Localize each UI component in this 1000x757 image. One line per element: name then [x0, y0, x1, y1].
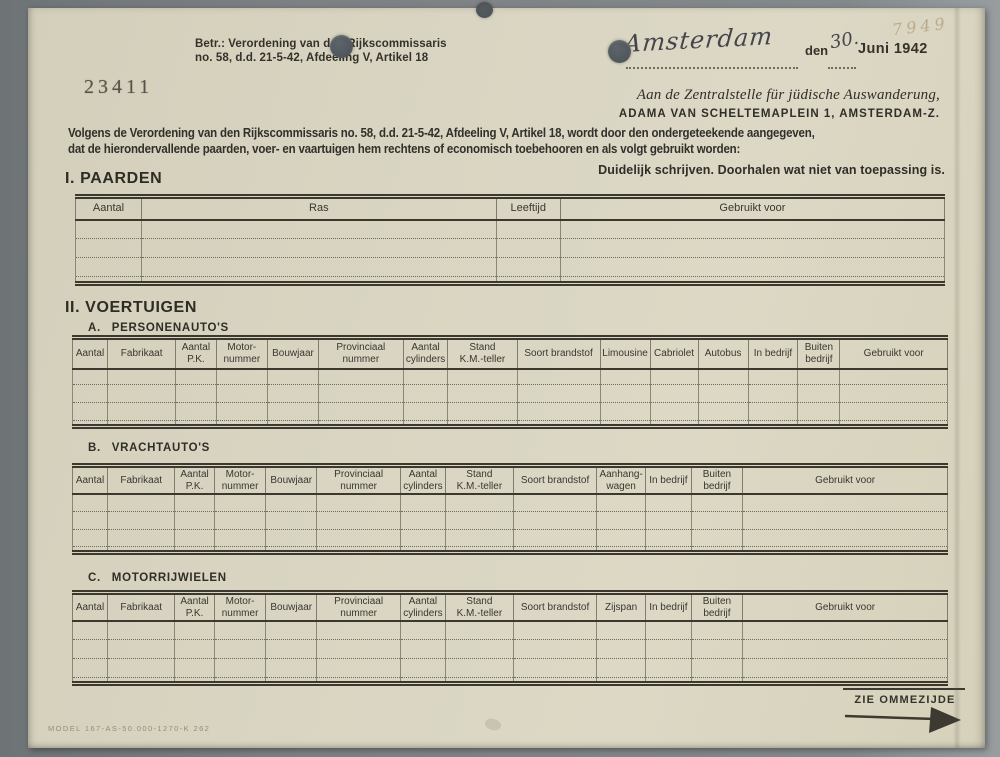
paper-crease — [953, 8, 961, 748]
table-row — [73, 421, 948, 427]
blank-cell — [266, 511, 317, 529]
blank-cell — [448, 403, 517, 421]
blank-cell — [317, 511, 401, 529]
blank-cell — [76, 220, 142, 239]
column-header: Aantal P.K. — [176, 338, 216, 369]
blank-cell — [108, 369, 176, 385]
blank-cell — [743, 621, 948, 639]
blank-cell — [108, 677, 175, 683]
declaration-line-2: dat de hierondervallende paarden, voer- … — [68, 142, 815, 158]
blank-cell — [448, 385, 517, 403]
column-header: Provinciaal nummer — [318, 338, 403, 369]
blank-cell — [646, 494, 692, 511]
blank-cell — [646, 546, 692, 552]
vrachtautos-table: AantalFabrikaatAantal P.K.Motor- nummerB… — [72, 463, 948, 555]
blank-cell — [317, 546, 401, 552]
blank-cell — [517, 403, 600, 421]
column-header: Soort brandstof — [514, 593, 597, 622]
fill-instruction: Duidelijk schrijven. Doorhalen wat niet … — [598, 163, 945, 177]
column-header: Buiten bedrijf — [798, 338, 840, 369]
registration-stamp: 23411 — [84, 76, 153, 99]
blank-cell — [142, 220, 497, 239]
table-row — [73, 658, 948, 677]
subject-line-1: Betr.: Verordening van den Rijkscommissa… — [195, 37, 447, 51]
column-header: Bouwjaar — [266, 593, 317, 622]
blank-cell — [560, 239, 944, 258]
table-row — [76, 258, 945, 277]
blank-cell — [691, 546, 743, 552]
blank-cell — [108, 529, 175, 546]
blank-cell — [840, 385, 948, 403]
blank-cell — [108, 621, 175, 639]
column-header: In bedrijf — [646, 466, 692, 495]
blank-cell — [403, 421, 448, 427]
blank-cell — [748, 385, 798, 403]
addressee-line-2: ADAMA VAN SCHELTEMAPLEIN 1, AMSTERDAM-Z. — [619, 108, 940, 120]
blank-cell — [318, 403, 403, 421]
blank-cell — [176, 403, 216, 421]
blank-cell — [600, 403, 650, 421]
blank-cell — [317, 677, 401, 683]
blank-cell — [73, 385, 108, 403]
blank-cell — [108, 658, 175, 677]
column-header: Soort brandstof — [517, 338, 600, 369]
blank-cell — [597, 494, 646, 511]
blank-cell — [268, 403, 319, 421]
table-row — [73, 385, 948, 403]
blank-cell — [108, 385, 176, 403]
blank-cell — [798, 403, 840, 421]
arrow-right-icon — [843, 706, 965, 734]
subject-reference: Betr.: Verordening van den Rijkscommissa… — [195, 37, 447, 65]
subject-line-2: no. 58, d.d. 21-5-42, Afdeeling V, Artik… — [195, 51, 447, 65]
column-header: Aantal — [73, 593, 108, 622]
blank-cell — [597, 529, 646, 546]
blank-cell — [318, 385, 403, 403]
column-header: Stand K.M.-teller — [448, 338, 517, 369]
declaration-text: Volgens de Verordening van den Rijkscomm… — [68, 126, 815, 157]
blank-cell — [214, 639, 266, 658]
motorrijwielen-table: AantalFabrikaatAantal P.K.Motor- nummerB… — [72, 590, 948, 686]
blank-cell — [216, 369, 268, 385]
blank-cell — [214, 546, 266, 552]
blank-cell — [448, 369, 517, 385]
see-reverse-label: ZIE OMMEZIJDE — [843, 694, 967, 706]
blank-cell — [76, 277, 142, 284]
blank-cell — [743, 639, 948, 658]
column-header: Aantal — [76, 197, 142, 220]
blank-cell — [445, 658, 513, 677]
label-personenautos: A. PERSONENAUTO'S — [88, 322, 229, 334]
form-model-code: MODEL 167-AS-50.000-1270-K 262 — [48, 724, 210, 733]
blank-cell — [317, 639, 401, 658]
dotted-line — [626, 67, 798, 69]
table-row — [76, 220, 945, 239]
blank-cell — [73, 546, 108, 552]
den-label: den — [805, 43, 828, 58]
blank-cell — [401, 658, 446, 677]
column-header: Leeftijd — [496, 197, 560, 220]
table-row — [73, 529, 948, 546]
column-header: Gebruikt voor — [560, 197, 944, 220]
blank-cell — [73, 639, 108, 658]
blank-cell — [743, 494, 948, 511]
column-header: Provinciaal nummer — [317, 466, 401, 495]
blank-cell — [798, 385, 840, 403]
blank-cell — [517, 385, 600, 403]
blank-cell — [517, 421, 600, 427]
blank-cell — [743, 546, 948, 552]
blank-cell — [514, 658, 597, 677]
blank-cell — [597, 658, 646, 677]
addressee-block: Aan de Zentralstelle für jüdische Auswan… — [619, 87, 940, 120]
table-row — [73, 494, 948, 511]
blank-cell — [76, 239, 142, 258]
table-row — [73, 639, 948, 658]
column-header: Fabrikaat — [108, 338, 176, 369]
blank-cell — [175, 658, 214, 677]
blank-cell — [798, 369, 840, 385]
table-row — [73, 511, 948, 529]
column-header: Stand K.M.-teller — [445, 593, 513, 622]
blank-cell — [108, 511, 175, 529]
blank-cell — [214, 677, 266, 683]
blank-cell — [496, 220, 560, 239]
blank-cell — [650, 421, 698, 427]
blank-cell — [108, 639, 175, 658]
blank-cell — [175, 621, 214, 639]
blank-cell — [514, 639, 597, 658]
blank-cell — [698, 385, 748, 403]
blank-cell — [600, 369, 650, 385]
blank-cell — [403, 403, 448, 421]
blank-cell — [214, 494, 266, 511]
blank-cell — [691, 639, 743, 658]
column-header: Aanhang- wagen — [597, 466, 646, 495]
blank-cell — [214, 658, 266, 677]
blank-cell — [216, 385, 268, 403]
table-row — [73, 546, 948, 552]
blank-cell — [73, 677, 108, 683]
day-handwritten: 30. — [828, 28, 860, 54]
blank-cell — [401, 639, 446, 658]
addressee-line-1: Aan de Zentralstelle für jüdische Auswan… — [619, 87, 940, 104]
blank-cell — [176, 421, 216, 427]
blank-cell — [445, 639, 513, 658]
column-header: Fabrikaat — [108, 466, 175, 495]
blank-cell — [214, 511, 266, 529]
blank-cell — [600, 421, 650, 427]
blank-cell — [73, 494, 108, 511]
blank-cell — [268, 385, 319, 403]
column-header: Gebruikt voor — [840, 338, 948, 369]
blank-cell — [496, 277, 560, 284]
blank-cell — [108, 494, 175, 511]
blank-cell — [597, 621, 646, 639]
blank-cell — [691, 677, 743, 683]
column-header: Bouwjaar — [268, 338, 319, 369]
blank-cell — [748, 421, 798, 427]
blank-cell — [268, 369, 319, 385]
blank-cell — [597, 677, 646, 683]
blank-cell — [175, 511, 214, 529]
blank-cell — [445, 511, 513, 529]
blank-cell — [840, 403, 948, 421]
blank-cell — [496, 258, 560, 277]
blank-cell — [266, 529, 317, 546]
blank-cell — [691, 658, 743, 677]
blank-cell — [650, 385, 698, 403]
column-header: Motor- nummer — [214, 593, 266, 622]
column-header: Limousine — [600, 338, 650, 369]
see-reverse-block: ZIE OMMEZIJDE — [843, 688, 967, 739]
blank-cell — [73, 403, 108, 421]
blank-cell — [597, 639, 646, 658]
label-vrachtautos: B. VRACHTAUTO'S — [88, 442, 210, 454]
blank-cell — [214, 621, 266, 639]
blank-cell — [76, 258, 142, 277]
blank-cell — [403, 385, 448, 403]
blank-cell — [743, 658, 948, 677]
declaration-line-1: Volgens de Verordening van den Rijkscomm… — [68, 126, 815, 142]
blank-cell — [108, 546, 175, 552]
column-header: Ras — [142, 197, 497, 220]
column-header: In bedrijf — [748, 338, 798, 369]
blank-cell — [646, 511, 692, 529]
table-row — [73, 677, 948, 683]
blank-cell — [175, 677, 214, 683]
blank-cell — [646, 639, 692, 658]
form-document: Betr.: Verordening van den Rijkscommissa… — [28, 8, 985, 748]
blank-cell — [748, 369, 798, 385]
blank-cell — [698, 403, 748, 421]
column-header: Bouwjaar — [266, 466, 317, 495]
blank-cell — [597, 511, 646, 529]
table-row — [73, 621, 948, 639]
blank-cell — [266, 658, 317, 677]
personenautos-table-wrap: AantalFabrikaatAantal P.K.Motor- nummerB… — [72, 335, 948, 429]
column-header: In bedrijf — [646, 593, 692, 622]
column-header: Provinciaal nummer — [317, 593, 401, 622]
scan-notch — [476, 2, 493, 18]
column-header: Aantal cylinders — [401, 593, 446, 622]
blank-cell — [175, 639, 214, 658]
column-header: Zijspan — [597, 593, 646, 622]
blank-cell — [142, 277, 497, 284]
blank-cell — [445, 494, 513, 511]
blank-cell — [514, 677, 597, 683]
blank-cell — [445, 529, 513, 546]
blank-cell — [646, 529, 692, 546]
punch-hole — [330, 35, 353, 58]
paarden-table: AantalRasLeeftijdGebruikt voor — [75, 194, 945, 286]
column-header: Aantal cylinders — [403, 338, 448, 369]
column-header: Aantal — [73, 338, 108, 369]
dotted-line — [828, 67, 856, 69]
blank-cell — [691, 494, 743, 511]
blank-cell — [496, 239, 560, 258]
column-header: Gebruikt voor — [743, 593, 948, 622]
blank-cell — [401, 529, 446, 546]
blank-cell — [514, 494, 597, 511]
blank-cell — [317, 621, 401, 639]
blank-cell — [317, 529, 401, 546]
blank-cell — [73, 369, 108, 385]
personenautos-table: AantalFabrikaatAantal P.K.Motor- nummerB… — [72, 335, 948, 429]
blank-cell — [743, 529, 948, 546]
table-row — [76, 277, 945, 284]
label-motorrijwielen: C. MOTORRIJWIELEN — [88, 572, 227, 584]
blank-cell — [401, 511, 446, 529]
blank-cell — [176, 385, 216, 403]
blank-cell — [691, 621, 743, 639]
blank-cell — [448, 421, 517, 427]
column-header: Aantal P.K. — [175, 593, 214, 622]
blank-cell — [403, 369, 448, 385]
blank-cell — [216, 421, 268, 427]
blank-cell — [646, 621, 692, 639]
dateline: Amsterdam den 30. Juni 1942 — [618, 30, 953, 72]
blank-cell — [318, 421, 403, 427]
blank-cell — [108, 403, 176, 421]
divider-line — [843, 688, 965, 690]
blank-cell — [560, 258, 944, 277]
column-header: Fabrikaat — [108, 593, 175, 622]
table-row — [73, 403, 948, 421]
column-header: Autobus — [698, 338, 748, 369]
column-header: Buiten bedrijf — [691, 466, 743, 495]
paarden-table-wrap: AantalRasLeeftijdGebruikt voor — [75, 194, 945, 286]
column-header: Motor- nummer — [216, 338, 268, 369]
column-header: Soort brandstof — [514, 466, 597, 495]
blank-cell — [401, 677, 446, 683]
blank-cell — [401, 494, 446, 511]
blank-cell — [748, 403, 798, 421]
paper-fold-mark — [484, 717, 502, 732]
blank-cell — [650, 403, 698, 421]
blank-cell — [698, 369, 748, 385]
blank-cell — [840, 421, 948, 427]
blank-cell — [266, 546, 317, 552]
blank-cell — [266, 639, 317, 658]
blank-cell — [840, 369, 948, 385]
blank-cell — [646, 658, 692, 677]
blank-cell — [142, 258, 497, 277]
section-title-voertuigen: II. VOERTUIGEN — [65, 299, 197, 317]
column-header: Aantal cylinders — [401, 466, 446, 495]
section-title-paarden: I. PAARDEN — [65, 170, 162, 188]
blank-cell — [514, 621, 597, 639]
column-header: Aantal — [73, 466, 108, 495]
blank-cell — [175, 546, 214, 552]
blank-cell — [73, 511, 108, 529]
blank-cell — [401, 546, 446, 552]
blank-cell — [73, 421, 108, 427]
blank-cell — [401, 621, 446, 639]
scanner-background: Betr.: Verordening van den Rijkscommissa… — [0, 0, 1000, 757]
blank-cell — [266, 621, 317, 639]
blank-cell — [560, 220, 944, 239]
blank-cell — [175, 494, 214, 511]
blank-cell — [108, 421, 176, 427]
blank-cell — [266, 677, 317, 683]
blank-cell — [176, 369, 216, 385]
blank-cell — [175, 529, 214, 546]
blank-cell — [445, 546, 513, 552]
blank-cell — [268, 421, 319, 427]
blank-cell — [142, 239, 497, 258]
blank-cell — [691, 511, 743, 529]
blank-cell — [214, 529, 266, 546]
blank-cell — [743, 511, 948, 529]
blank-cell — [445, 621, 513, 639]
column-header: Cabriolet — [650, 338, 698, 369]
column-header: Aantal P.K. — [175, 466, 214, 495]
blank-cell — [73, 621, 108, 639]
place-handwritten: Amsterdam — [623, 22, 774, 58]
blank-cell — [73, 529, 108, 546]
table-row — [73, 369, 948, 385]
blank-cell — [646, 677, 692, 683]
column-header: Stand K.M.-teller — [445, 466, 513, 495]
table-row — [76, 239, 945, 258]
blank-cell — [560, 277, 944, 284]
blank-cell — [318, 369, 403, 385]
blank-cell — [73, 658, 108, 677]
month-year-label: Juni 1942 — [858, 41, 928, 57]
column-header: Gebruikt voor — [743, 466, 948, 495]
blank-cell — [600, 385, 650, 403]
vrachtautos-table-wrap: AantalFabrikaatAantal P.K.Motor- nummerB… — [72, 463, 948, 555]
blank-cell — [445, 677, 513, 683]
motorrijwielen-table-wrap: AantalFabrikaatAantal P.K.Motor- nummerB… — [72, 590, 948, 686]
blank-cell — [317, 494, 401, 511]
blank-cell — [266, 494, 317, 511]
punch-hole — [608, 40, 631, 63]
blank-cell — [216, 403, 268, 421]
blank-cell — [517, 369, 600, 385]
blank-cell — [698, 421, 748, 427]
blank-cell — [514, 546, 597, 552]
blank-cell — [743, 677, 948, 683]
blank-cell — [798, 421, 840, 427]
blank-cell — [597, 546, 646, 552]
column-header: Motor- nummer — [214, 466, 266, 495]
blank-cell — [317, 658, 401, 677]
column-header: Buiten bedrijf — [691, 593, 743, 622]
blank-cell — [691, 529, 743, 546]
blank-cell — [514, 511, 597, 529]
blank-cell — [514, 529, 597, 546]
blank-cell — [650, 369, 698, 385]
